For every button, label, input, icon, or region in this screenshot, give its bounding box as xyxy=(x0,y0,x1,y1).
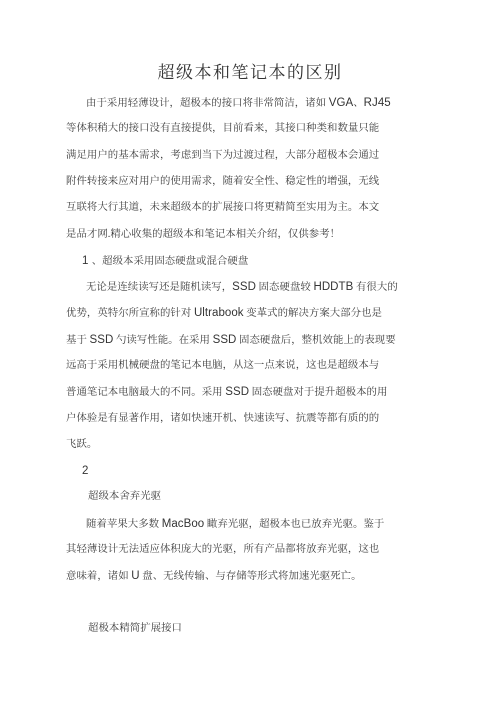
text-line: 是品才网.精心收集的超级本和笔记本相关介绍，仅供参考！ xyxy=(66,228,340,242)
text-segment: 意味着，诸如 xyxy=(66,571,131,582)
text-line: 互联将大行其道，未来超级本的扩展接口将更精简至实用为主。本文 xyxy=(66,201,379,215)
text-segment: 普通笔记本电脑最大的不同。采用 xyxy=(66,387,225,398)
text-segment: 远高于采用机械硬盘的笔记本电脑，从这一点来说，这也是超级本与 xyxy=(66,360,379,371)
text-segment: 瞰弃光驱，超极本也已放弃光驱。鉴于 xyxy=(204,519,384,530)
text-line-heading-1: 1 、超级本采用固态硬盘或混合硬盘 xyxy=(82,254,248,269)
text-line: 飞跃。 xyxy=(66,438,97,452)
text-segment: HDDTB xyxy=(313,281,353,293)
text-segment: 固态硬盘较 xyxy=(256,282,314,293)
text-segment: SSD xyxy=(232,281,256,293)
text-segment: 有很大的 xyxy=(353,282,397,293)
text-line: 等体积稍大的接口没有直接提供，目前看来，其接口种类和数量只能 xyxy=(66,122,379,136)
text-segment: 变革式的解决方案大部分也是 xyxy=(244,308,382,319)
text-segment: 盘、无线传输、与存储等形式将加速光驱死亡。 xyxy=(140,571,362,582)
text-segment: 超级本舍弃光驱 xyxy=(88,491,161,502)
text-segment: 超极本精简扩展接口 xyxy=(88,623,182,634)
text-line: 其轻薄设计无法适应体积庞大的光驱，所有产品都将放弃光驱，这也 xyxy=(66,543,379,557)
text-line-heading-2: 2 xyxy=(82,464,88,479)
text-line-subheading: 超极本精简扩展接口 xyxy=(88,622,182,636)
text-line: 由于采用轻薄设计，超极本的接口将非常简洁，诸如 VGA、RJ45 xyxy=(86,96,391,111)
list-number: 2 xyxy=(82,465,88,477)
document-title: 超级本和笔记本的区别 xyxy=(0,58,500,83)
text-segment: 户体验是有显著作用，诸如快速开机、快速读写、抗震等都有质的的 xyxy=(66,413,379,424)
text-line: 无论是连续读写还是随机读写，SSD 固态硬盘较 HDDTB 有很大的 xyxy=(86,280,398,295)
text-segment: 满足用户的基本需求，考虑到当下为过渡过程，大部分超极本会通过 xyxy=(66,150,379,161)
document-page: 超级本和笔记本的区别 由于采用轻薄设计，超极本的接口将非常简洁，诸如 VGA、R… xyxy=(0,0,500,708)
text-segment: 附件转接来应对用户的使用需求，随着安全性、稳定性的增强，无线 xyxy=(66,176,379,187)
text-segment: 飞跃。 xyxy=(66,439,97,450)
text-segment: Ultrabook xyxy=(194,307,244,319)
text-segment: 互联将大行其道，未来超级本的扩展接口将更精简至实用为主。本文 xyxy=(66,202,379,213)
text-segment: SSD xyxy=(213,334,237,346)
text-line: 普通笔记本电脑最大的不同。采用 SSD 固态硬盘对于提升超极本的用 xyxy=(66,385,387,400)
text-line: 远高于采用机械硬盘的笔记本电脑，从这一点来说，这也是超级本与 xyxy=(66,359,379,373)
text-segment: 随着苹果大多数 xyxy=(86,519,162,530)
text-line: 意味着，诸如 U 盘、无线传输、与存储等形式将加速光驱死亡。 xyxy=(66,569,362,584)
text-line: 附件转接来应对用户的使用需求，随着安全性、稳定性的增强，无线 xyxy=(66,175,379,189)
text-line: 随着苹果大多数 MacBoo 瞰弃光驱，超极本也已放弃光驱。鉴于 xyxy=(86,517,384,532)
list-number: 1 xyxy=(82,255,92,267)
text-line: 户体验是有显著作用，诸如快速开机、快速读写、抗震等都有质的的 xyxy=(66,412,379,426)
text-segment: 固态硬盘后，整机效能上的表现要 xyxy=(236,335,395,346)
text-segment: U xyxy=(131,570,139,582)
text-line: 满足用户的基本需求，考虑到当下为过渡过程，大部分超极本会通过 xyxy=(66,149,379,163)
text-segment: MacBoo xyxy=(162,518,205,530)
text-segment: 基于 xyxy=(66,335,90,346)
text-segment: VGA xyxy=(329,97,353,109)
text-segment: 无论是连续读写还是随机读写， xyxy=(86,282,232,293)
text-segment: 由于采用轻薄设计，超极本的接口将非常简洁，诸如 xyxy=(86,98,329,109)
text-segment: SSD xyxy=(90,334,114,346)
text-segment: 勺读写性能。在采用 xyxy=(113,335,212,346)
text-line: 基于 SSD 勺读写性能。在采用 SSD 固态硬盘后，整机效能上的表现要 xyxy=(66,333,396,348)
text-segment: 是品才网.精心收集的超级本和笔记本相关介绍，仅供参考！ xyxy=(66,229,340,240)
text-segment: 优势，英特尔所宣称的针对 xyxy=(66,308,194,319)
text-segment: 等体积稍大的接口没有直接提供，目前看来，其接口种类和数量只能 xyxy=(66,123,379,134)
text-line: 优势，英特尔所宣称的针对 Ultrabook 变革式的解决方案大部分也是 xyxy=(66,306,382,321)
text-line-subheading: 超级本舍弃光驱 xyxy=(88,490,161,504)
text-segment: SSD xyxy=(225,386,249,398)
text-segment: 、 xyxy=(353,98,363,109)
text-segment: 其轻薄设计无法适应体积庞大的光驱，所有产品都将放弃光驱，这也 xyxy=(66,544,379,555)
text-segment: 、超级本采用固态硬盘或混合硬盘 xyxy=(92,256,249,267)
text-segment: RJ45 xyxy=(364,97,391,109)
text-segment: 固态硬盘对于提升超极本的用 xyxy=(249,387,387,398)
